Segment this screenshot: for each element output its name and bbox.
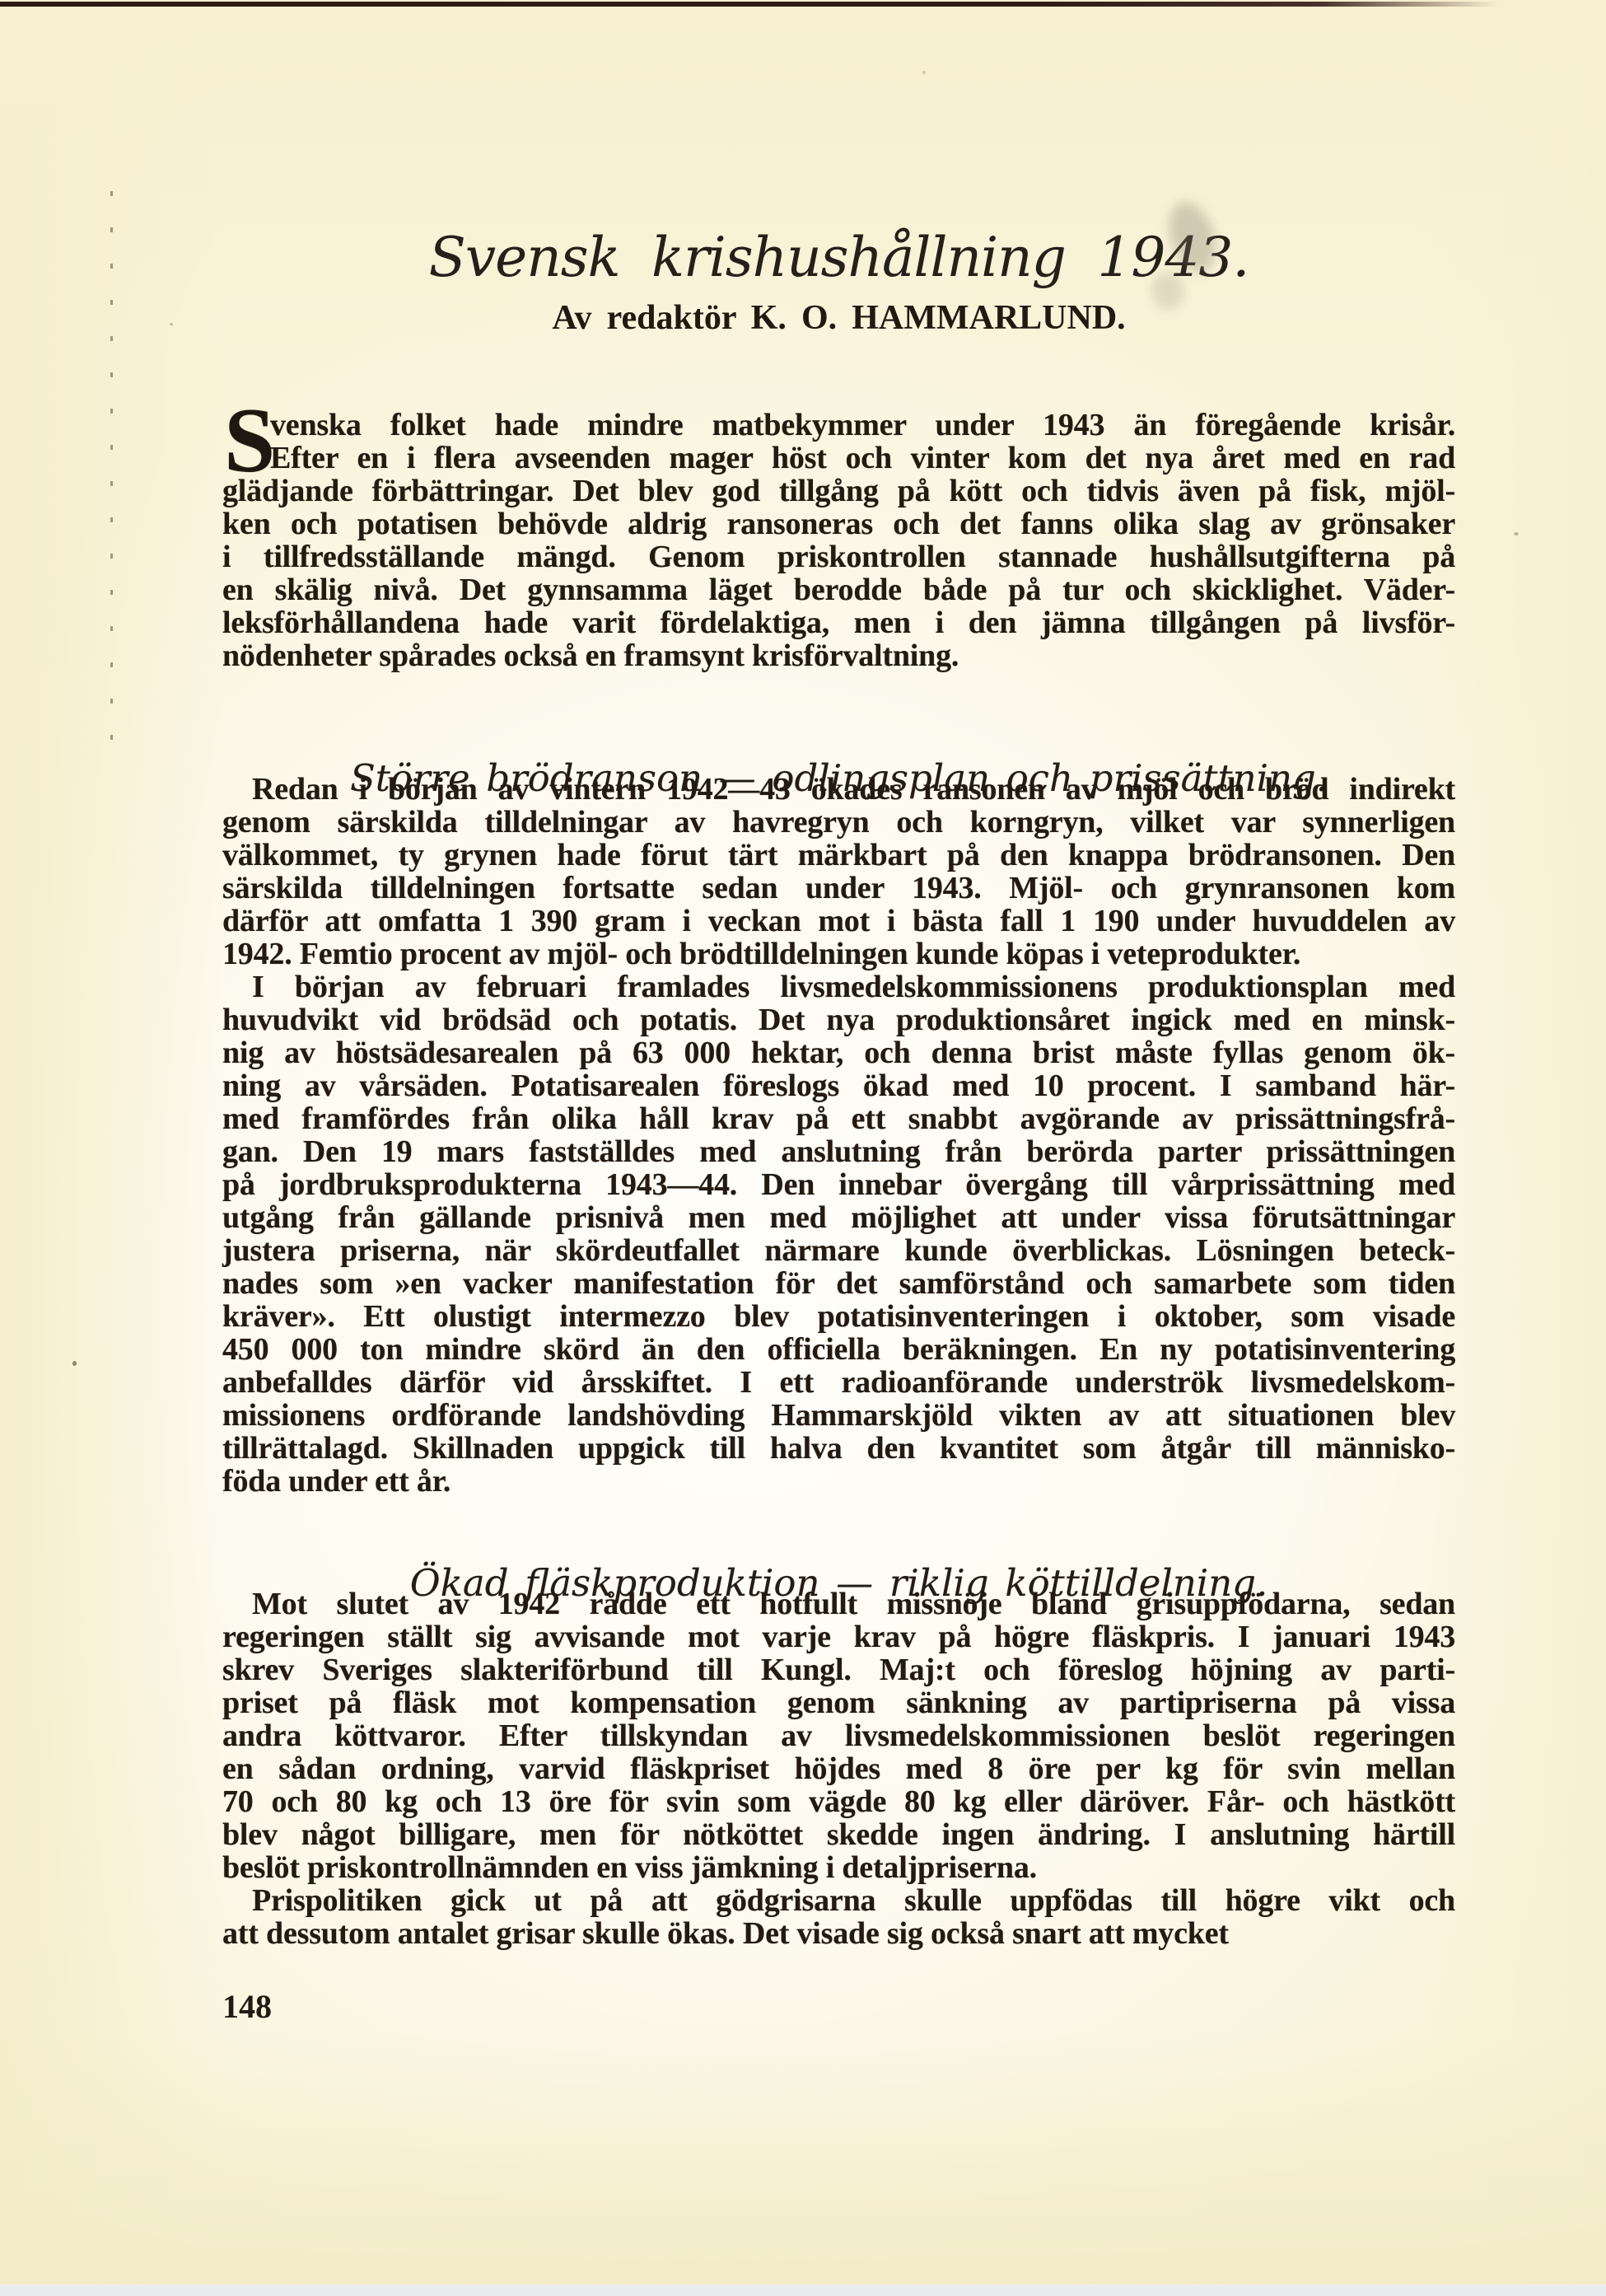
text-line: 70 och 80 kg och 13 öre för svin som väg…: [222, 1785, 1455, 1818]
text-line: justera priserna, när skördeutfallet när…: [222, 1234, 1455, 1267]
bottom-edge-strip: [0, 2284, 1606, 2296]
text-line: föda under ett år.: [222, 1465, 1455, 1498]
text-line: med framfördes från olika håll krav på e…: [222, 1102, 1455, 1135]
text-line: genom särskilda tilldelningar av havregr…: [222, 806, 1455, 839]
text-line: nades som »en vacker manifestation för d…: [222, 1267, 1455, 1300]
text-line: missionens ordförande landshövding Hamma…: [222, 1399, 1455, 1432]
text-line: beslöt priskontrollnämnden en viss jämkn…: [222, 1851, 1455, 1884]
text-line: regeringen ställt sig avvisande mot varj…: [222, 1620, 1455, 1653]
text-line: Mot slutet av 1942 rådde ett hotfullt mi…: [222, 1588, 1455, 1620]
text-line: en skälig nivå. Det gynnsamma läget bero…: [222, 573, 1455, 606]
text-line: leksförhållandena hade varit fördelaktig…: [222, 606, 1455, 639]
text-line: I början av februari framlades livsmedel…: [222, 970, 1455, 1003]
text-line: Redan i början av vintern 1942—43 ökades…: [222, 773, 1455, 806]
text-line: i tillfredsställande mängd. Genom prisko…: [222, 540, 1455, 573]
paper-speck: [170, 323, 173, 325]
text-line: utgång från gällande prisnivå men med mö…: [222, 1201, 1455, 1234]
text-line: anbefalldes därför vid årsskiftet. I ett…: [222, 1366, 1455, 1399]
scanned-book-page: Svensk krishushållning 1943. Av redaktör…: [0, 0, 1606, 2296]
top-edge-scan-rule: [0, 2, 1499, 7]
text-line: särskilda tilldelningen fortsatte sedan …: [222, 872, 1455, 905]
text-line: på jordbruksprodukterna 1943—44. Den inn…: [222, 1168, 1455, 1201]
text-line: ken och potatisen behövde aldrig ransone…: [222, 507, 1455, 540]
text-line: Efter en i flera avseenden mager höst oc…: [222, 442, 1455, 475]
paragraph-pork-1: Mot slutet av 1942 rådde ett hotfullt mi…: [222, 1588, 1455, 1884]
text-line: 450 000 ton mindre skörd än den officiel…: [222, 1333, 1455, 1366]
text-line: välkommet, ty grynen hade förut tärt mär…: [222, 839, 1455, 872]
text-line: nig av höstsädesarealen på 63 000 hektar…: [222, 1036, 1455, 1069]
text-line: gan. Den 19 mars fastställdes med anslut…: [222, 1135, 1455, 1168]
byline: Av redaktör K. O. HAMMARLUND.: [222, 301, 1455, 335]
text-line: därför att omfatta 1 390 gram i veckan m…: [222, 905, 1455, 938]
text-line: glädjande förbättringar. Det blev god ti…: [222, 475, 1455, 507]
text-line: Prispolitiken gick ut på att gödgrisarna…: [222, 1884, 1455, 1917]
text-line: skrev Sveriges slakteriförbund till Kung…: [222, 1653, 1455, 1686]
text-line: kräver». Ett olustigt intermezzo blev po…: [222, 1300, 1455, 1333]
paragraph-pork-2: Prispolitiken gick ut på att gödgrisarna…: [222, 1884, 1455, 1950]
page-number: 148: [222, 1990, 272, 2023]
paragraph-intro: venska folket hade mindre matbekymmer un…: [222, 409, 1455, 672]
text-line: huvudvikt vid brödsäd och potatis. Det n…: [222, 1003, 1455, 1036]
text-line: andra köttvaror. Efter tillskyndan av li…: [222, 1719, 1455, 1752]
text-line: blev något billigare, men för nötköttet …: [222, 1818, 1455, 1851]
text-line: nödenheter spårades också en framsynt kr…: [222, 639, 1455, 672]
text-line: 1942. Femtio procent av mjöl- och brödti…: [222, 938, 1455, 970]
text-line: venska folket hade mindre matbekymmer un…: [222, 409, 1455, 442]
paragraph-bread-1: Redan i början av vintern 1942—43 ökades…: [222, 773, 1455, 970]
text-line: ning av vårsäden. Potatisarealen föreslo…: [222, 1069, 1455, 1102]
text-line: priset på fläsk mot kompensation genom s…: [222, 1686, 1455, 1719]
paper-speck: [1514, 532, 1519, 535]
text-line: att dessutom antalet grisar skulle ökas.…: [222, 1917, 1455, 1950]
paper-speck: [72, 1361, 77, 1366]
text-line: en sådan ordning, varvid fläskpriset höj…: [222, 1752, 1455, 1785]
paper-speck: [922, 71, 926, 74]
left-margin-scan-dots: [110, 191, 113, 760]
text-line: tillrättalagd. Skillnaden uppgick till h…: [222, 1432, 1455, 1465]
paragraph-bread-2: I början av februari framlades livsmedel…: [222, 970, 1455, 1498]
article-title: Svensk krishushållning 1943.: [222, 231, 1455, 285]
